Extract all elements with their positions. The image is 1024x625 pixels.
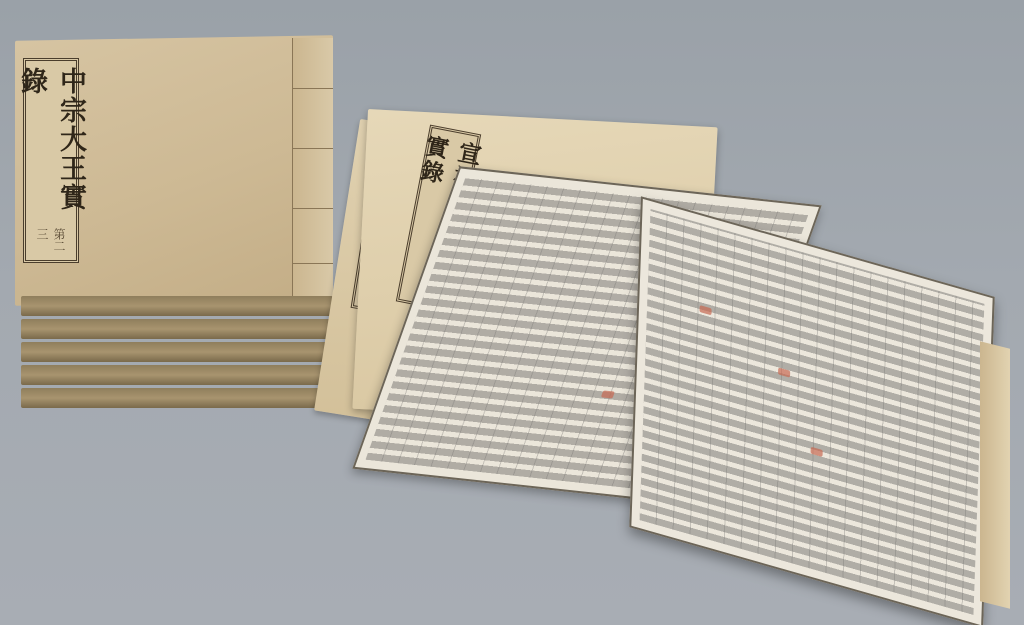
cover-title-label: 中宗大王實錄 第二三 [23, 58, 79, 263]
volume-marker: 第二三 [34, 228, 68, 260]
book-spine-binding [292, 38, 333, 303]
right-page [629, 196, 994, 625]
page-text-columns [640, 209, 985, 615]
cover-title: 中宗大王實錄 [12, 67, 90, 222]
open-annals-book [380, 175, 1010, 615]
stacked-annals-volumes: 中宗大王實錄 第二三 [15, 38, 335, 413]
book-edges [21, 296, 333, 411]
page-block-edge [980, 341, 1010, 608]
